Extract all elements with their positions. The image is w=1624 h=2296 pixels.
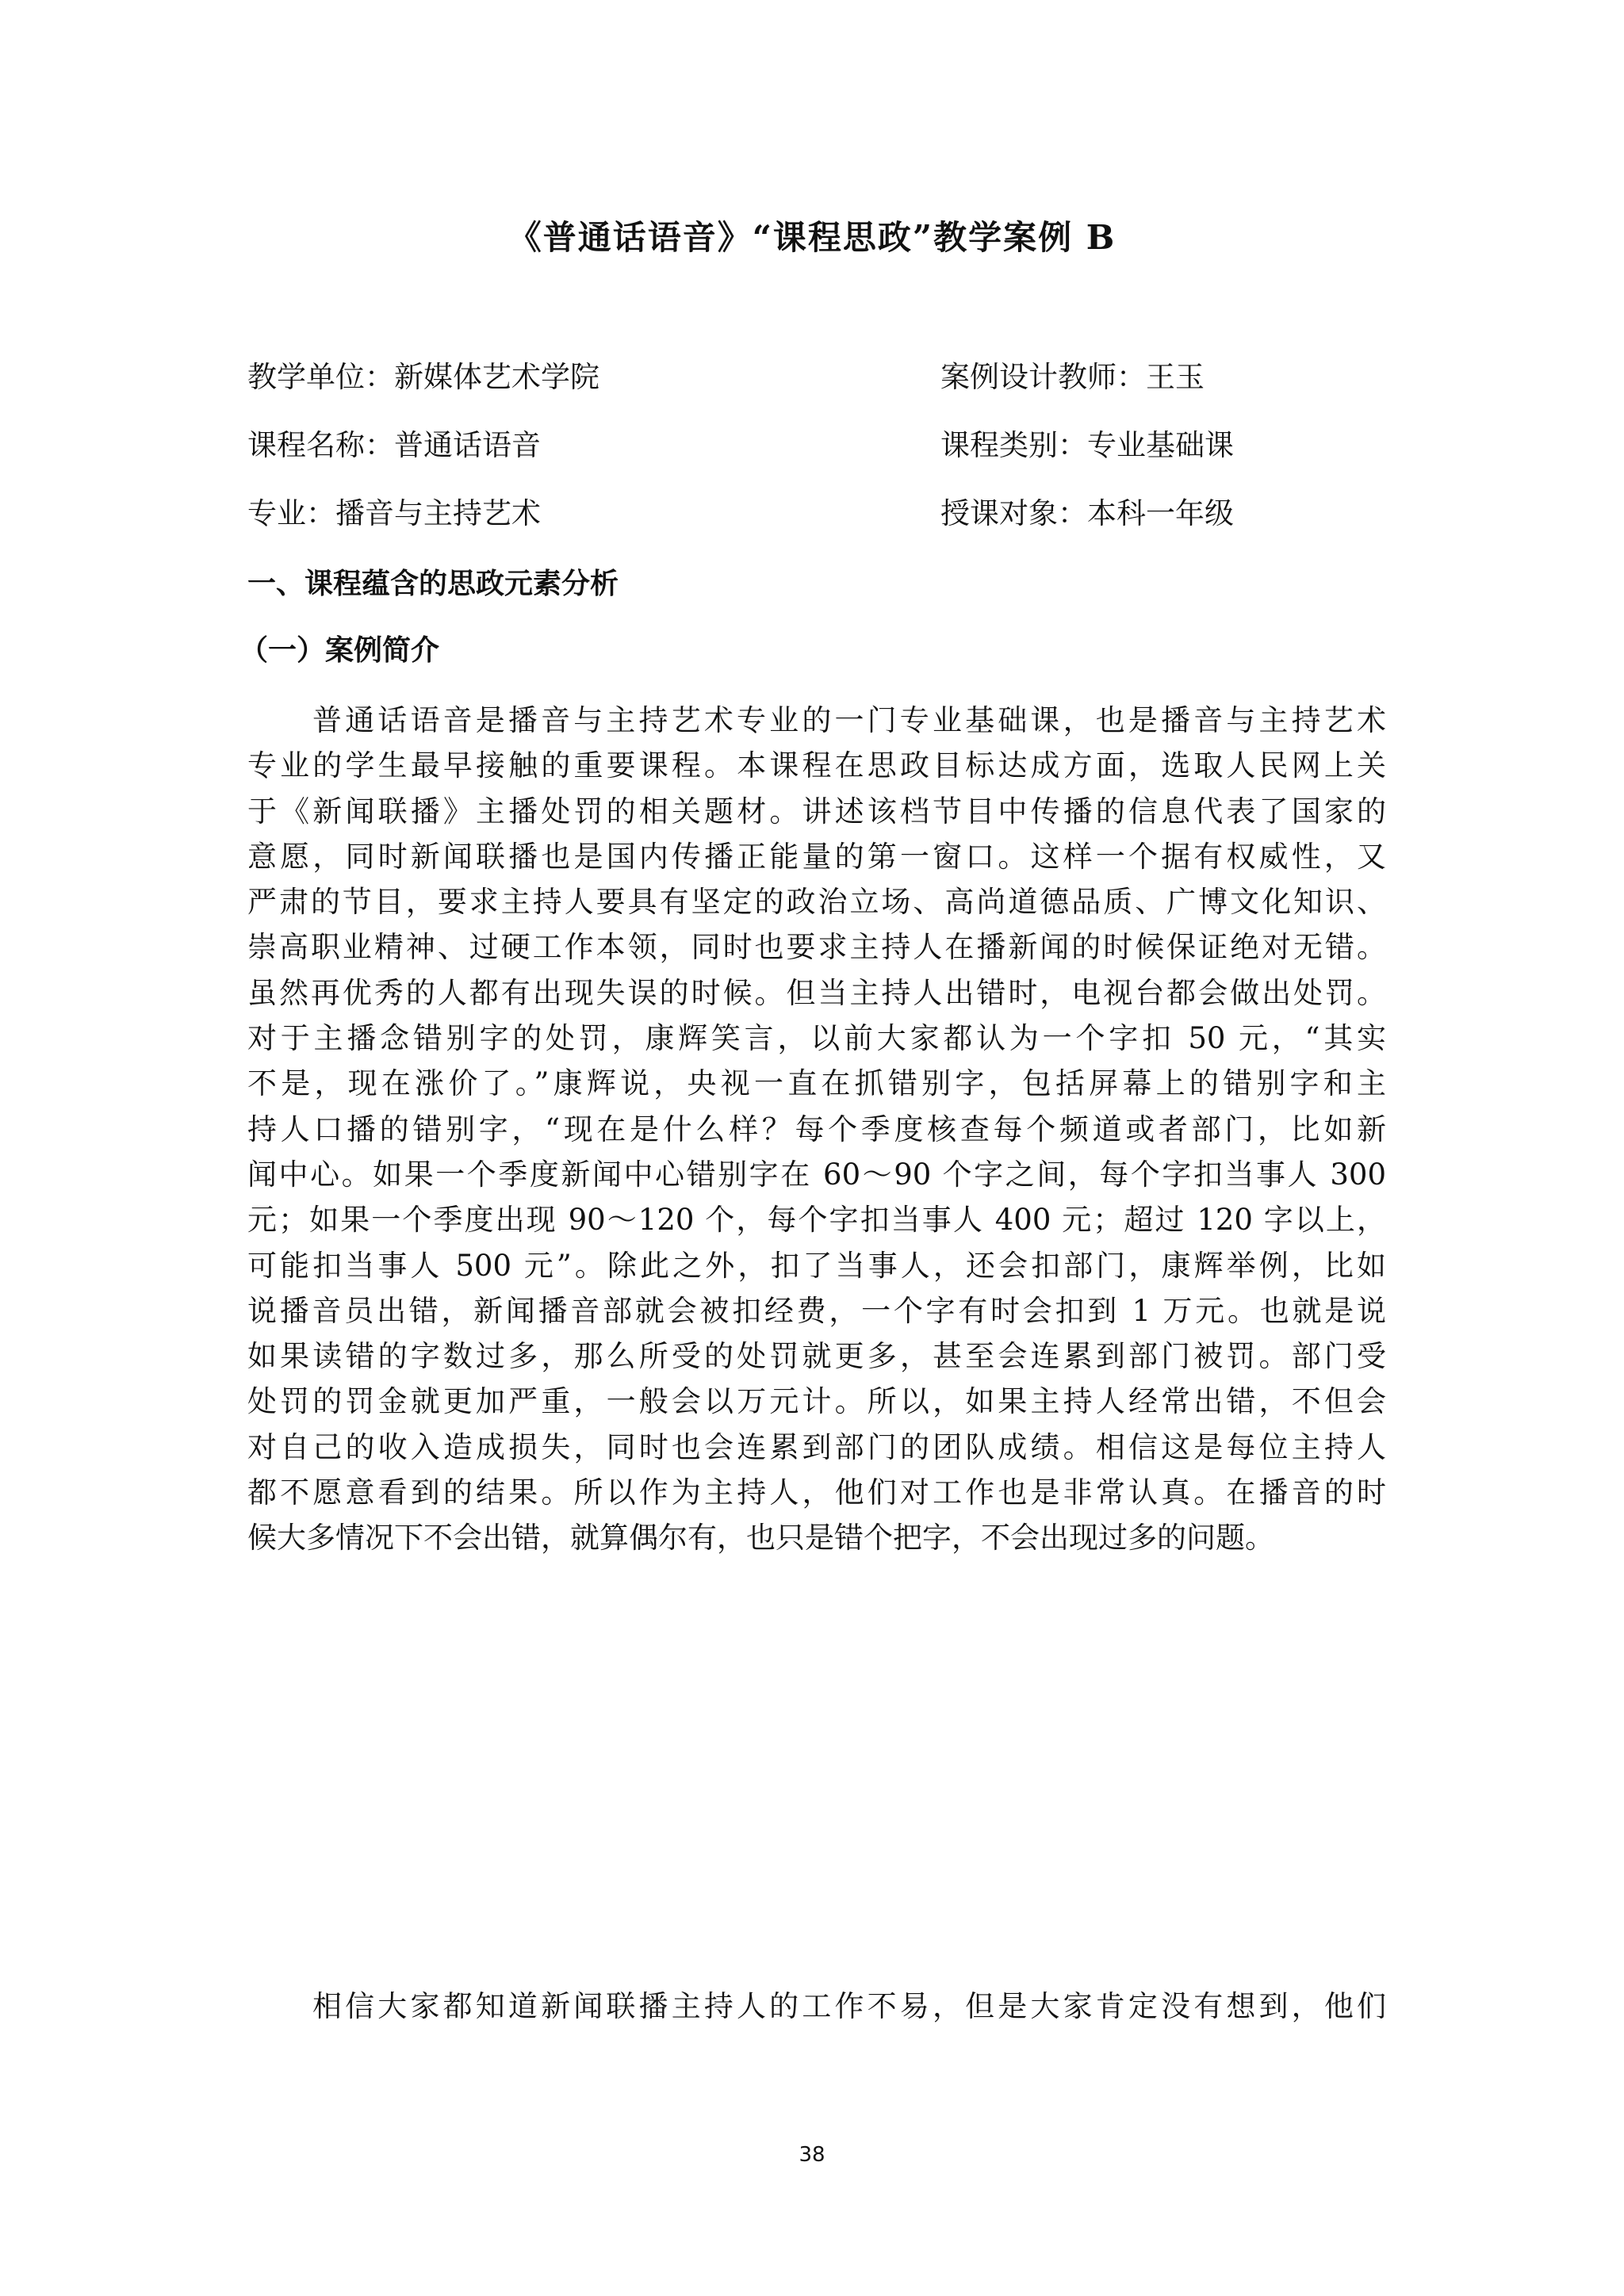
paragraph-2: 相信大家都知道新闻联播主持人的工作不易，但是大家肯定没有想到，他们 [247,1984,1386,2029]
paragraph-line: 处罚的罚金就更加严重，一般会以万元计。所以，如果主持人经常出错，不但会 [247,1379,1386,1424]
teaching-unit: 教学单位：新媒体艺术学院 [247,354,599,401]
paragraph-line: 严肃的节目，要求主持人要具有坚定的政治立场、高尚道德品质、广博文化知识、 [247,879,1386,924]
paragraph-line: 闻中心。如果一个季度新闻中心错别字在 60～90 个字之间，每个字扣当事人 30… [247,1152,1386,1197]
paragraph-line: 对自己的收入造成损失，同时也会连累到部门的团队成绩。相信这是每位主持人 [247,1425,1386,1470]
case-teacher: 案例设计教师：王玉 [940,354,1205,401]
major: 专业：播音与主持艺术 [247,490,541,538]
paragraph-line: 意愿，同时新闻联播也是国内传播正能量的第一窗口。这样一个据有权威性，又 [247,834,1386,879]
paragraph-line: 元；如果一个季度出现 90～120 个，每个字扣当事人 400 元；超过 120… [247,1197,1386,1242]
document-title: 《普通话语音》“课程思政”教学案例 B [0,212,1624,263]
paragraph-line: 持人口播的错别字，“现在是什么样？每个季度核查每个频道或者部门，比如新 [247,1107,1386,1152]
audience: 授课对象：本科一年级 [940,490,1234,538]
meta-row-3: 专业：播音与主持艺术 授课对象：本科一年级 [247,490,1386,538]
paragraph-line: 不是，现在涨价了。”康辉说，央视一直在抓错别字，包括屏幕上的错别字和主 [247,1061,1386,1106]
page-number: 38 [0,2139,1624,2171]
paragraph-line: 说播音员出错，新闻播音部就会被扣经费，一个字有时会扣到 1 万元。也就是说 [247,1288,1386,1334]
paragraph-line: 专业的学生最早接触的重要课程。本课程在思政目标达成方面，选取人民网上关 [247,743,1386,788]
document-page: 《普通话语音》“课程思政”教学案例 B 教学单位：新媒体艺术学院 案例设计教师：… [0,0,1624,2296]
paragraph-line: 普通话语音是播音与主持艺术专业的一门专业基础课，也是播音与主持艺术 [247,698,1386,743]
paragraph-line: 崇高职业精神、过硬工作本领，同时也要求主持人在播新闻的时候保证绝对无错。 [247,924,1386,970]
course-name: 课程名称：普通话语音 [247,422,541,469]
meta-row-2: 课程名称：普通话语音 课程类别：专业基础课 [247,422,1386,469]
course-type: 课程类别：专业基础课 [940,422,1234,469]
subsection-heading: （一）案例简介 [239,626,439,674]
paragraph-line: 相信大家都知道新闻联播主持人的工作不易，但是大家肯定没有想到，他们 [247,1984,1386,2029]
paragraph-line: 虽然再优秀的人都有出现失误的时候。但当主持人出错时，电视台都会做出处罚。 [247,970,1386,1016]
meta-row-1: 教学单位：新媒体艺术学院 案例设计教师：王玉 [247,354,1386,401]
paragraph-line: 都不愿意看到的结果。所以作为主持人，他们对工作也是非常认真。在播音的时 [247,1470,1386,1515]
paragraph-line: 于《新闻联播》主播处罚的相关题材。讲述该档节目中传播的信息代表了国家的 [247,789,1386,834]
paragraph-1: 普通话语音是播音与主持艺术专业的一门专业基础课，也是播音与主持艺术 专业的学生最… [247,698,1386,1561]
section-heading: 一、课程蕴含的思政元素分析 [247,560,619,607]
paragraph-line: 如果读错的字数过多，那么所受的处罚就更多，甚至会连累到部门被罚。部门受 [247,1334,1386,1379]
paragraph-line: 可能扣当事人 500 元”。除此之外，扣了当事人，还会扣部门，康辉举例，比如 [247,1243,1386,1288]
paragraph-line: 对于主播念错别字的处罚，康辉笑言，以前大家都认为一个字扣 50 元，“其实 [247,1016,1386,1061]
paragraph-line: 候大多情况下不会出错，就算偶尔有，也只是错个把字，不会出现过多的问题。 [247,1515,1386,1560]
